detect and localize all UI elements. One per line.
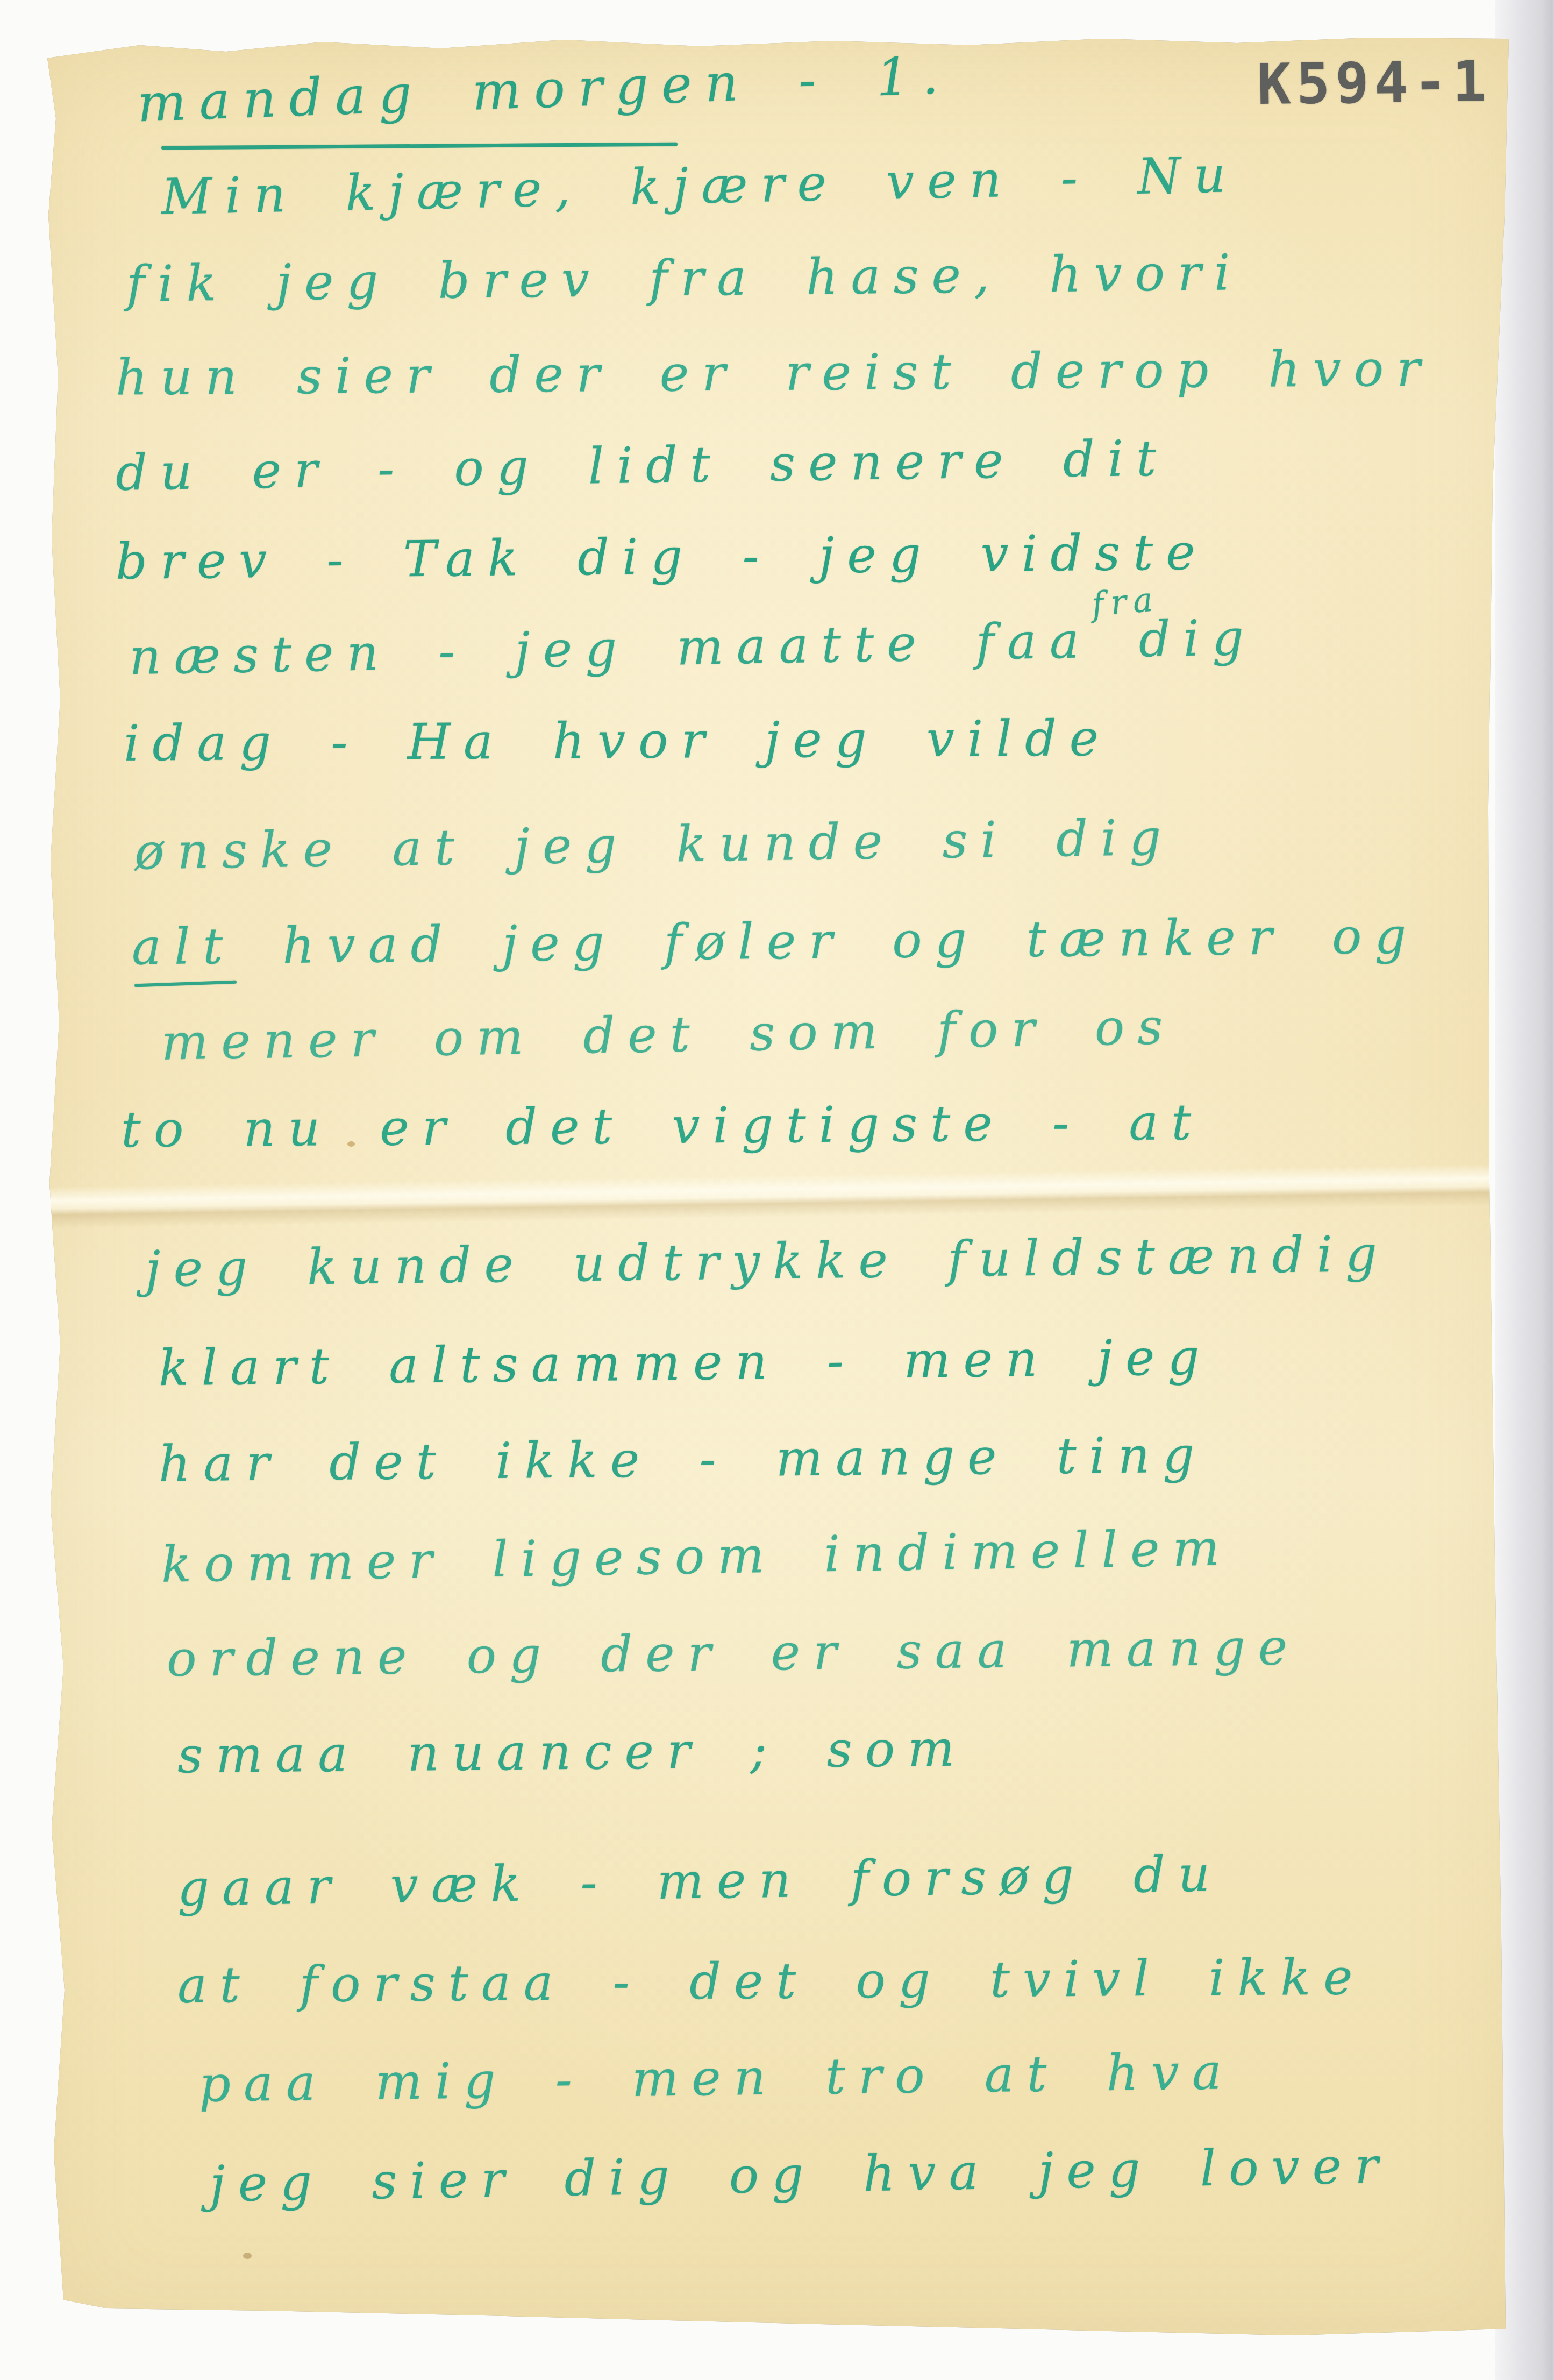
handwriting-line: ønske at jeg kunde si dig xyxy=(134,813,1174,877)
handwriting-line: kommer ligesom indimellem xyxy=(161,1523,1232,1589)
word-underline xyxy=(134,981,237,987)
letter-paper: K594-1 mandag morgen - 1. Min kjære, kjæ… xyxy=(0,0,1554,2380)
handwriting-line: brev - Tak dig - jeg vidste xyxy=(116,528,1208,587)
handwriting-line: fik jeg brev fra hase, hvori xyxy=(126,248,1243,309)
handwriting-line: hun sier der er reist derop hvor xyxy=(116,344,1434,402)
heading-underline xyxy=(161,143,678,150)
fold-crease xyxy=(49,1164,1499,1228)
handwriting-line: gaar væk - men forsøg du xyxy=(177,1849,1223,1913)
handwriting-line: har det ikke - mange ting xyxy=(159,1430,1208,1489)
handwriting-line: Min kjære, kjære ven - Nu xyxy=(161,150,1239,222)
interlinear-insertion: fra xyxy=(1090,579,1160,624)
handwriting-line: at forstaa - det og tvivl ikke xyxy=(177,1952,1366,2010)
handwriting-line: jeg sier dig og hva jeg lover xyxy=(209,2141,1391,2209)
handwriting-line: idag - Ha hvor jeg vilde xyxy=(124,714,1112,769)
scanner-background-strip xyxy=(1495,0,1554,2380)
paper-speck xyxy=(243,2253,252,2259)
handwriting-line: jeg kunde udtrykke fuldstændig xyxy=(145,1230,1391,1294)
handwriting-line: alt hvad jeg føler og tænker og xyxy=(132,912,1420,972)
handwriting-line: paa mig - men tro at hva xyxy=(199,2047,1235,2109)
handwriting-line: mener om det som for os xyxy=(161,1002,1176,1068)
handwriting-line: klart altsammen - men jeg xyxy=(159,1333,1213,1394)
archive-stamp: K594-1 xyxy=(1257,53,1492,112)
handwriting-line: du er - og lidt senere dit xyxy=(115,434,1169,498)
handwriting-line: næsten - jeg maatte faa dig xyxy=(129,613,1257,683)
handwriting-line: ordene og der er saa mange xyxy=(167,1623,1301,1684)
handwriting-line: to nu er det vigtigste - at xyxy=(121,1098,1204,1155)
handwriting-line: smaa nuancer ; som xyxy=(177,1724,968,1781)
letter-heading: mandag morgen - 1. xyxy=(137,49,952,130)
